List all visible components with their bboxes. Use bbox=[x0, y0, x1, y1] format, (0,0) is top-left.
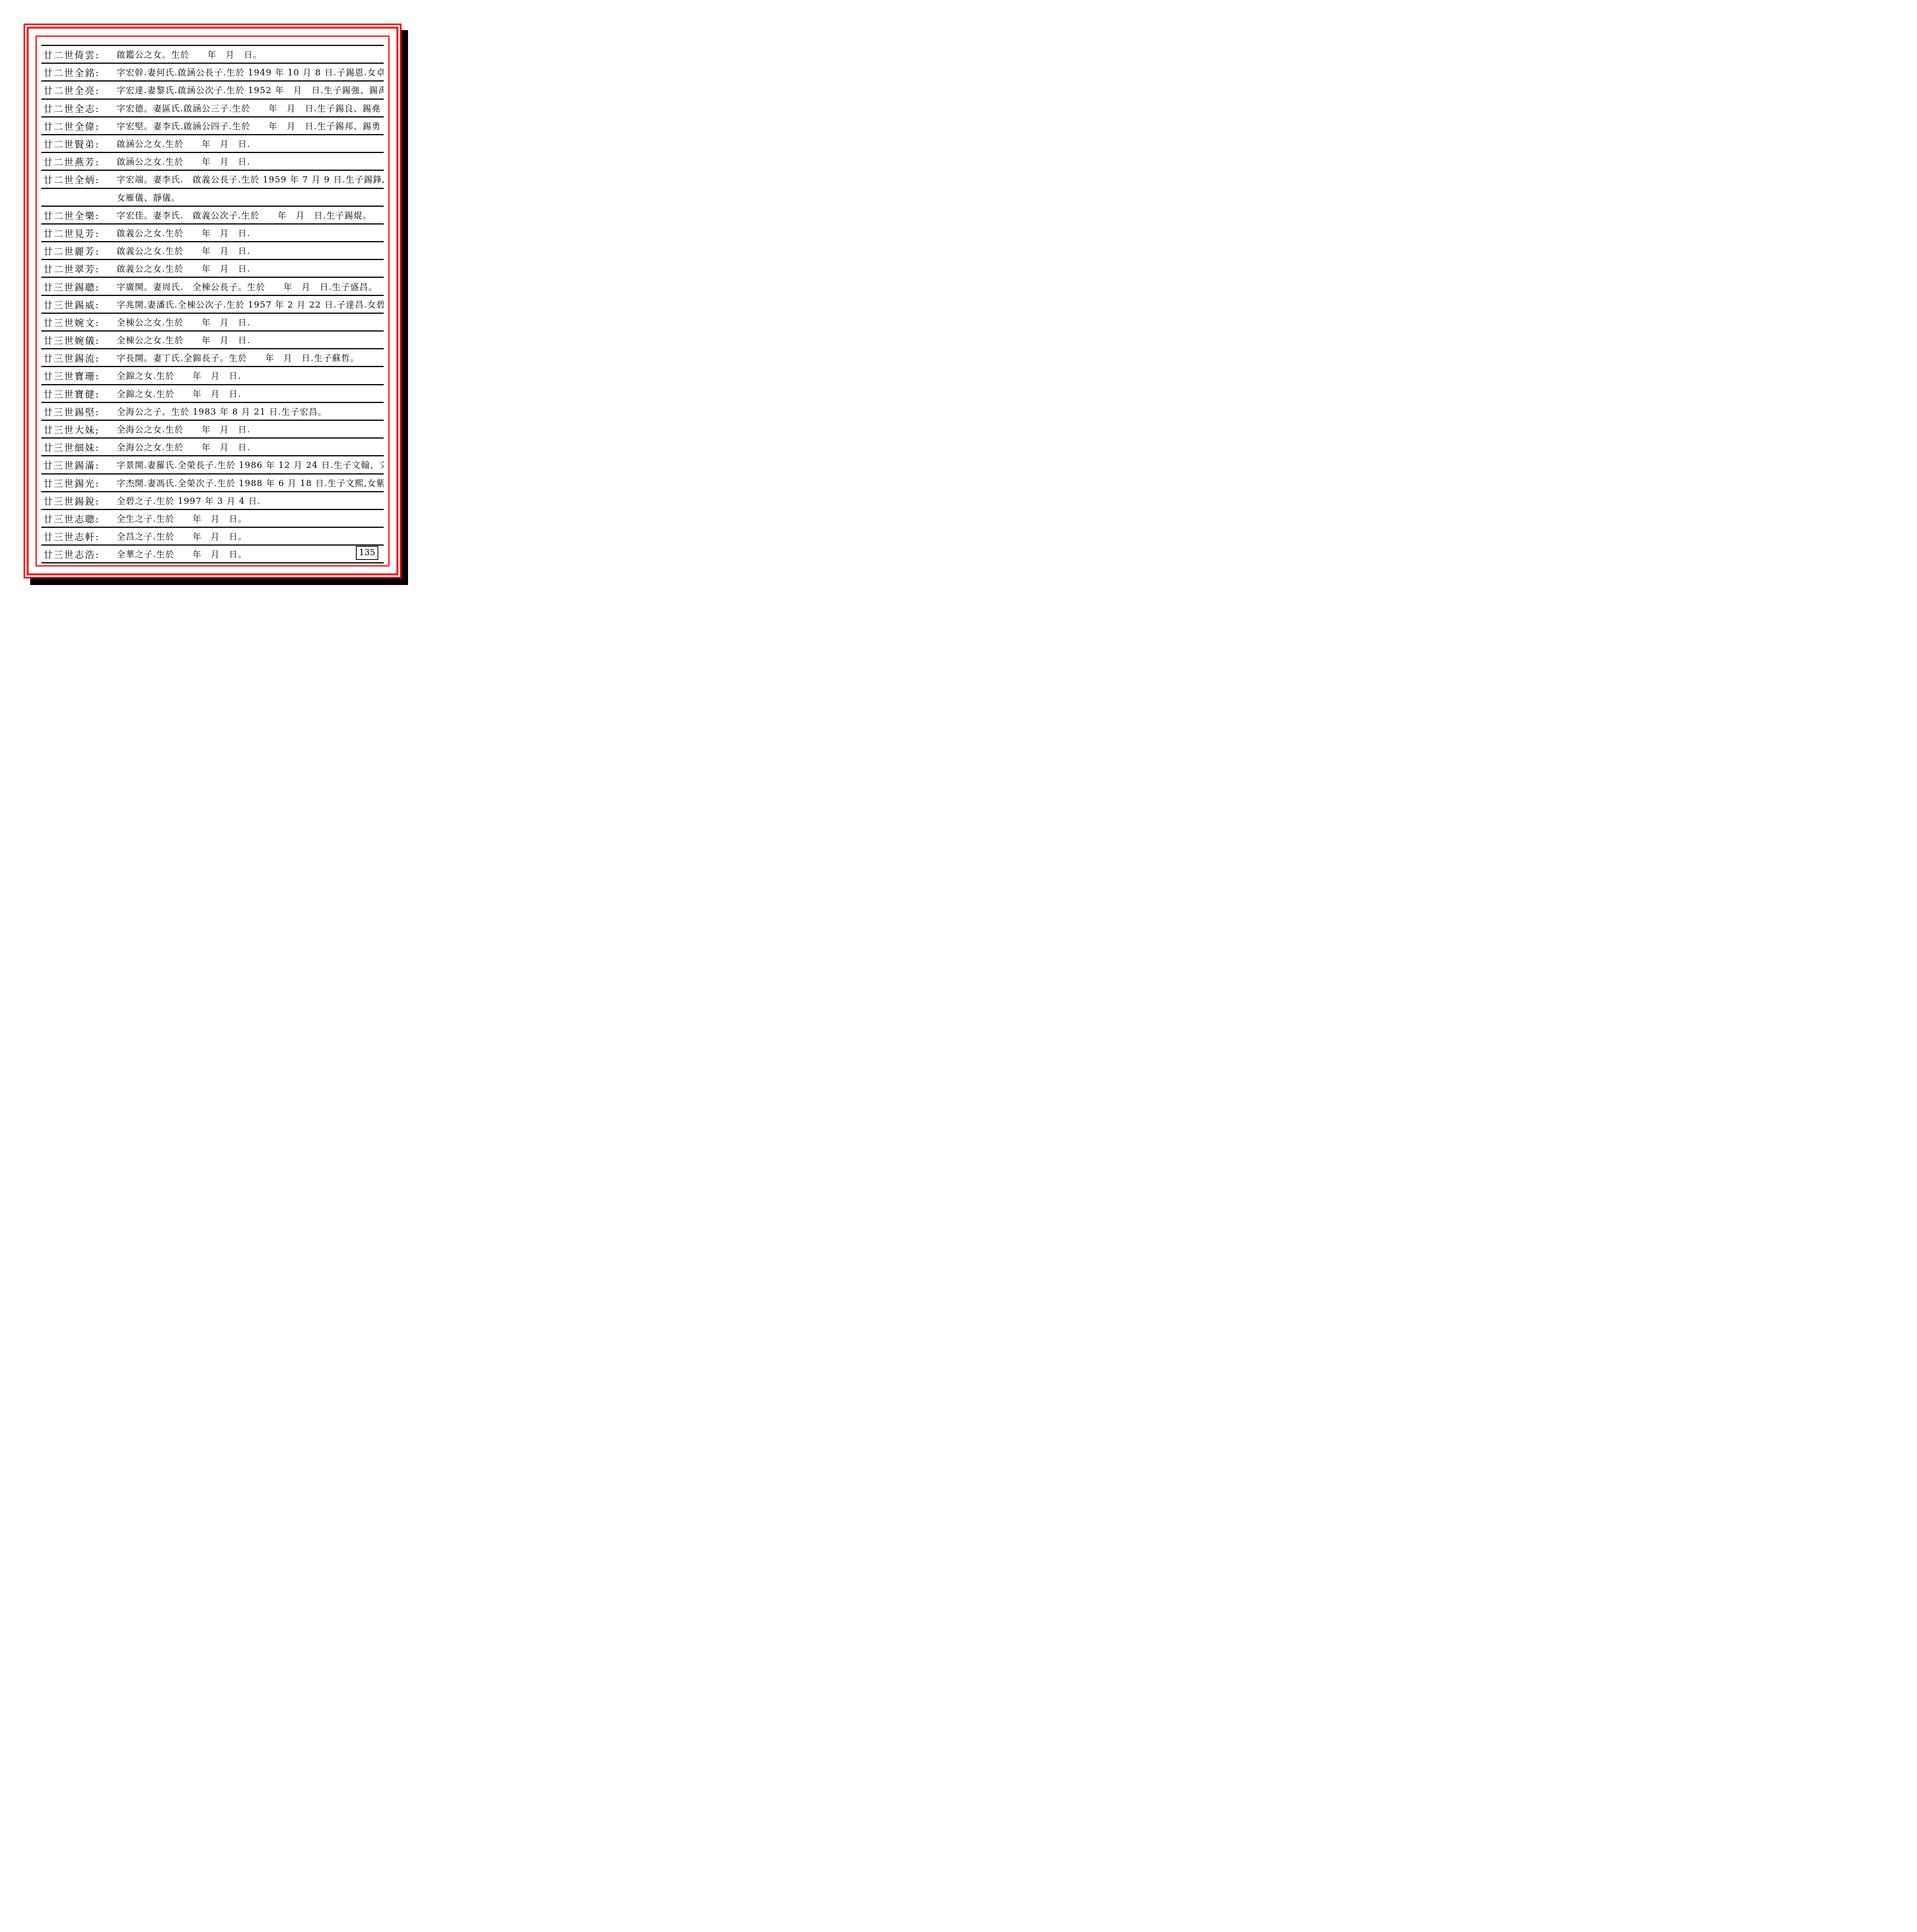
row-detail: 字宏堅。妻李氏.啟涵公四子.生於 年 月 日.生子錫邦、錫勇 bbox=[117, 120, 384, 132]
row-detail: 全昌之子.生於 年 月 日。 bbox=[117, 530, 384, 542]
table-row: 廿三世錫光:字杰開.妻馮氏.全榮次子.生於 1988 年 6 月 18 日.生子… bbox=[41, 473, 384, 491]
table-row: 廿三世婉文:全棟公之女.生於 年 月 日. bbox=[41, 313, 384, 330]
row-detail: 字兆開.妻潘氏.全棟公次子.生於 1957 年 2 月 22 日.子達昌.女碧霞 bbox=[117, 298, 384, 310]
row-label: 廿二世翠芳: bbox=[43, 262, 117, 275]
row-label: 廿二世燕芳: bbox=[43, 155, 117, 168]
row-label: 廿三世錫聰: bbox=[43, 280, 117, 293]
row-detail: 啟涵公之女.生於 年 月 日. bbox=[117, 138, 384, 150]
table-row: 廿三世錫聰:字廣開。妻周氏. 全棟公長子。生於 年 月 日.生子盛昌。 bbox=[41, 277, 384, 294]
frame-red-ring-inner: 廿二世倚雲:啟鑑公之女。生於 年 月 日。廿二世全銘:字宏幹.妻何氏.啟涵公長子… bbox=[36, 36, 390, 566]
row-detail: 啟義公之女.生於 年 月 日. bbox=[117, 262, 384, 274]
row-label: 廿三世錫流: bbox=[43, 351, 117, 364]
table-row: 廿二世見芳:啟義公之女.生於 年 月 日. bbox=[41, 223, 384, 241]
table-row: 廿三世寶健:全錦之女.生於 年 月 日. bbox=[41, 384, 384, 402]
table-row: 廿二世翠芳:啟義公之女.生於 年 月 日. bbox=[41, 259, 384, 277]
row-detail: 全棟公之女.生於 年 月 日. bbox=[117, 334, 384, 346]
row-detail: 全海公之女.生於 年 月 日. bbox=[117, 423, 384, 435]
table-row: 廿三世錫流:字長開。妻丁氏.全錦長子。生於 年 月 日.生子蘇哲。 bbox=[41, 348, 384, 366]
genealogy-table: 廿二世倚雲:啟鑑公之女。生於 年 月 日。廿二世全銘:字宏幹.妻何氏.啟涵公長子… bbox=[41, 45, 384, 562]
table-row: 廿三世錫堅:全海公之子。生於 1983 年 8 月 21 日.生子宏昌。 bbox=[41, 402, 384, 420]
row-label: 廿三世錫銳: bbox=[43, 494, 117, 507]
row-detail: 啟涵公之女.生於 年 月 日. bbox=[117, 155, 384, 167]
page-content: 廿二世倚雲:啟鑑公之女。生於 年 月 日。廿二世全銘:字宏幹.妻何氏.啟涵公長子… bbox=[41, 41, 384, 561]
row-detail: 字宏幹.妻何氏.啟涵公長子.生於 1949 年 10 月 8 日.子錫恩.女卓萍 bbox=[117, 66, 384, 78]
frame-white-gap-outer: 廿二世倚雲:啟鑑公之女。生於 年 月 日。廿二世全銘:字宏幹.妻何氏.啟涵公長子… bbox=[25, 25, 400, 577]
table-row: 廿二世倚雲:啟鑑公之女。生於 年 月 日。 bbox=[41, 45, 384, 63]
row-label: 廿二世全銘: bbox=[43, 65, 117, 79]
row-detail: 女雁儀、靜儀。 bbox=[117, 191, 384, 203]
row-detail: 字宏佳。妻李氏. 啟義公次子.生於 年 月 日.生子錫焜。 bbox=[117, 209, 384, 221]
row-detail: 啟鑑公之女。生於 年 月 日。 bbox=[117, 48, 384, 60]
row-detail: 啟義公之女.生於 年 月 日. bbox=[117, 245, 384, 257]
row-label: 廿二世見芳: bbox=[43, 226, 117, 240]
frame-red-ring-middle: 廿二世倚雲:啟鑑公之女。生於 年 月 日。廿二世全銘:字宏幹.妻何氏.啟涵公長子… bbox=[27, 27, 398, 575]
table-row: 廿二世全志:字宏德。妻區氏.啟涵公三子.生於 年 月 日.生子錫良、錫堯 bbox=[41, 99, 384, 116]
table-row: 廿三世錫威:字兆開.妻潘氏.全棟公次子.生於 1957 年 2 月 22 日.子… bbox=[41, 295, 384, 313]
row-label: 廿三世志浩: bbox=[43, 547, 117, 561]
row-detail: 啟義公之女.生於 年 月 日. bbox=[117, 227, 384, 239]
row-detail: 字宏達.妻黎氏.啟涵公次子.生於 1952 年 月 日.生子錫強、錫禹 bbox=[117, 84, 384, 96]
row-label: 廿三世婉儀: bbox=[43, 333, 117, 347]
row-detail: 全碧之子.生於 1997 年 3 月 4 日. bbox=[117, 495, 384, 507]
row-label: 廿二世全偉: bbox=[43, 119, 117, 133]
table-row: 廿二世賢弟:啟涵公之女.生於 年 月 日. bbox=[41, 134, 384, 152]
row-label: 廿三世寶健: bbox=[43, 387, 117, 400]
table-row: 廿二世燕芳:啟涵公之女.生於 年 月 日. bbox=[41, 152, 384, 170]
row-label: 廿三世寶珊: bbox=[43, 369, 117, 382]
row-label: 廿三世志軒: bbox=[43, 529, 117, 543]
row-detail: 字宏德。妻區氏.啟涵公三子.生於 年 月 日.生子錫良、錫堯 bbox=[117, 102, 384, 114]
row-label: 廿三世志聰: bbox=[43, 512, 117, 525]
table-row: 廿二世全樂:字宏佳。妻李氏. 啟義公次子.生於 年 月 日.生子錫焜。 bbox=[41, 206, 384, 223]
row-detail: 全海公之子。生於 1983 年 8 月 21 日.生子宏昌。 bbox=[117, 405, 384, 417]
table-row: 廿二世全銘:字宏幹.妻何氏.啟涵公長子.生於 1949 年 10 月 8 日.子… bbox=[41, 63, 384, 80]
table-row: 廿三世細妹:全海公之女.生於 年 月 日. bbox=[41, 437, 384, 455]
row-detail: 全華之子.生於 年 月 日。 bbox=[117, 548, 384, 560]
row-label: 廿三世細妹: bbox=[43, 440, 117, 454]
table-row: 廿三世錫滿:字景開.妻羅氏.全榮長子.生於 1986 年 12 月 24 日.生… bbox=[41, 455, 384, 473]
row-label: 廿二世賢弟: bbox=[43, 137, 117, 150]
table-row: 廿三世寶珊:全錦之女.生於 年 月 日. bbox=[41, 366, 384, 384]
row-detail: 全棟公之女.生於 年 月 日. bbox=[117, 316, 384, 328]
row-detail: 字景開.妻羅氏.全榮長子.生於 1986 年 12 月 24 日.生子文翰、文博 bbox=[117, 459, 384, 471]
row-label: 廿三世錫光: bbox=[43, 476, 117, 490]
row-detail: 全海公之女.生於 年 月 日. bbox=[117, 441, 384, 453]
row-label: 廿三世錫堅: bbox=[43, 405, 117, 418]
row-label: 廿二世全志: bbox=[43, 101, 117, 115]
row-detail: 字廣開。妻周氏. 全棟公長子。生於 年 月 日.生子盛昌。 bbox=[117, 281, 384, 293]
frame-white-gap-inner: 廿二世倚雲:啟鑑公之女。生於 年 月 日。廿二世全銘:字宏幹.妻何氏.啟涵公長子… bbox=[31, 31, 394, 571]
row-label: 廿三世大妹; bbox=[43, 422, 117, 436]
row-label: 廿二世全樂: bbox=[43, 208, 117, 222]
table-row: 廿三世志聰:全生之子.生於 年 月 日。 bbox=[41, 509, 384, 527]
row-detail: 字杰開.妻馮氏.全榮次子.生於 1988 年 6 月 18 日.生子文熙,女紫琪 bbox=[117, 477, 384, 489]
row-label: 廿三世錫威: bbox=[43, 298, 117, 311]
page-number: 135 bbox=[356, 546, 378, 560]
row-detail: 全錦之女.生於 年 月 日. bbox=[117, 369, 384, 381]
row-detail: 全錦之女.生於 年 月 日. bbox=[117, 388, 384, 400]
table-row: 廿二世麗芳:啟義公之女.生於 年 月 日. bbox=[41, 241, 384, 259]
scanned-genealogy-page: { "page": { "number": "135" }, "colors":… bbox=[0, 0, 425, 601]
table-row: 廿二世全炳:字宏端。妻李氏. 啟義公長子.生於 1959 年 7 月 9 日.生… bbox=[41, 170, 384, 187]
table-row: 廿三世大妹;全海公之女.生於 年 月 日. bbox=[41, 420, 384, 437]
table-row: 女雁儀、靜儀。 bbox=[41, 188, 384, 206]
table-row: 廿三世錫銳:全碧之子.生於 1997 年 3 月 4 日. bbox=[41, 491, 384, 509]
row-label: 廿二世全亮: bbox=[43, 83, 117, 97]
table-bottom-rule bbox=[41, 562, 384, 563]
table-row: 廿三世志浩:全華之子.生於 年 月 日。 bbox=[41, 544, 384, 562]
table-row: 廿二世全亮:字宏達.妻黎氏.啟涵公次子.生於 1952 年 月 日.生子錫強、錫… bbox=[41, 80, 384, 98]
red-border-frame: 廿二世倚雲:啟鑑公之女。生於 年 月 日。廿二世全銘:字宏幹.妻何氏.啟涵公長子… bbox=[24, 24, 401, 578]
row-label: 廿三世錫滿: bbox=[43, 458, 117, 471]
table-row: 廿三世志軒:全昌之子.生於 年 月 日。 bbox=[41, 527, 384, 544]
table-row: 廿二世全偉:字宏堅。妻李氏.啟涵公四子.生於 年 月 日.生子錫邦、錫勇 bbox=[41, 116, 384, 134]
row-label: 廿二世全炳: bbox=[43, 172, 117, 186]
row-label: 廿二世倚雲: bbox=[43, 48, 117, 61]
table-row: 廿三世婉儀:全棟公之女.生於 年 月 日. bbox=[41, 330, 384, 348]
row-detail: 全生之子.生於 年 月 日。 bbox=[117, 512, 384, 524]
row-label: 廿三世婉文: bbox=[43, 315, 117, 329]
row-detail: 字宏端。妻李氏. 啟義公長子.生於 1959 年 7 月 9 日.生子錫鋒, bbox=[117, 173, 384, 185]
row-detail: 字長開。妻丁氏.全錦長子。生於 年 月 日.生子蘇哲。 bbox=[117, 352, 384, 364]
row-label: 廿二世麗芳: bbox=[43, 244, 117, 257]
